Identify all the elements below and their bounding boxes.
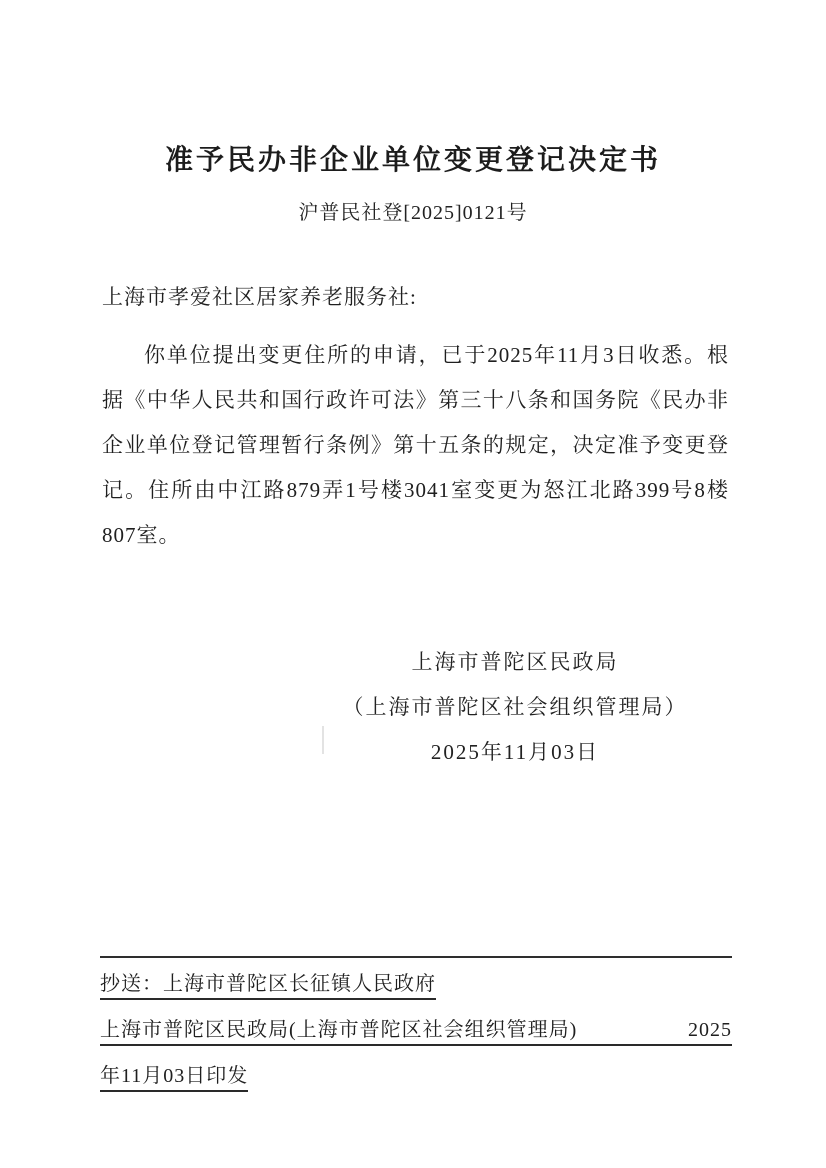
body-line: 企业单位登记管理暂行条例》第十五条的规定，决定准予变更登 bbox=[102, 423, 729, 468]
body-line: 你单位提出变更住所的申请，已于2025年11月3日收悉。根 bbox=[102, 333, 729, 378]
body-line: 807室。 bbox=[102, 513, 729, 558]
scan-artifact bbox=[322, 726, 324, 754]
footer: 抄送：上海市普陀区长征镇人民政府 上海市普陀区民政局(上海市普陀区社会组织管理局… bbox=[100, 956, 732, 1096]
footer-cc-line: 抄送：上海市普陀区长征镇人民政府 bbox=[100, 970, 436, 1000]
signature-org: 上海市普陀区民政局 bbox=[320, 640, 710, 685]
body-line: 据《中华人民共和国行政许可法》第三十八条和国务院《民办非 bbox=[102, 378, 729, 423]
document-title: 准予民办非企业单位变更登记决定书 bbox=[0, 138, 826, 178]
signature-org-alias: （上海市普陀区社会组织管理局） bbox=[320, 685, 710, 730]
footer-issuer-row: 上海市普陀区民政局(上海市普陀区社会组织管理局) 2025 bbox=[100, 1016, 732, 1050]
footer-date-row: 年11月03日印发 bbox=[100, 1062, 732, 1096]
footer-issuer-line: 上海市普陀区民政局(上海市普陀区社会组织管理局) 2025 bbox=[100, 1016, 732, 1046]
document-number: 沪普民社登[2025]0121号 bbox=[0, 196, 826, 225]
footer-issue-year: 2025 bbox=[688, 1016, 732, 1044]
addressee: 上海市孝爱社区居家养老服务社: bbox=[102, 281, 729, 313]
document-page: 准予民办非企业单位变更登记决定书 沪普民社登[2025]0121号 上海市孝爱社… bbox=[0, 0, 826, 1168]
signature-block: 上海市普陀区民政局 （上海市普陀区社会组织管理局） 2025年11月03日 bbox=[320, 640, 710, 775]
signature-date: 2025年11月03日 bbox=[320, 730, 710, 775]
body-line: 记。住所由中江路879弄1号楼3041室变更为怒江北路399号8楼 bbox=[102, 468, 729, 513]
letter-body: 上海市孝爱社区居家养老服务社: 你单位提出变更住所的申请，已于2025年11月3… bbox=[102, 281, 729, 558]
footer-issuer: 上海市普陀区民政局(上海市普陀区社会组织管理局) bbox=[100, 1016, 577, 1044]
footer-cc-row: 抄送：上海市普陀区长征镇人民政府 bbox=[100, 970, 732, 1004]
footer-issue-date: 年11月03日印发 bbox=[100, 1062, 248, 1092]
